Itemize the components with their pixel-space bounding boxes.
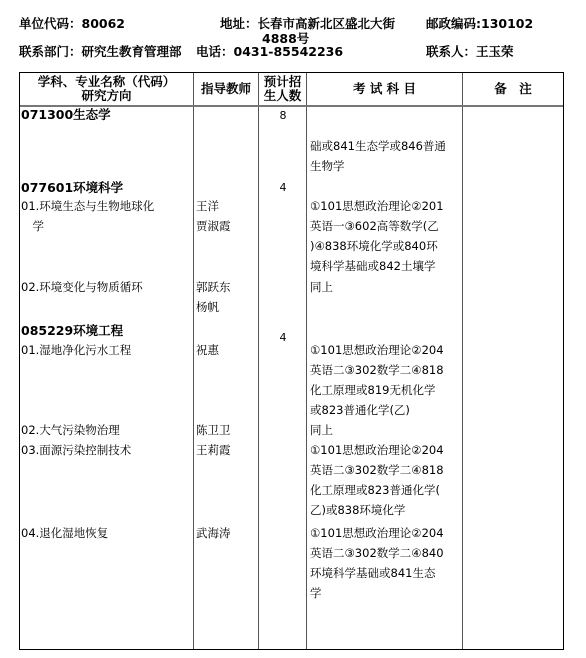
enrollment-count: 4 — [260, 331, 306, 344]
column-header-exam: 考 试 科 目 — [307, 73, 462, 105]
header-text: 考 试 科 目 — [353, 82, 416, 96]
research-direction: 03.面源污染控制技术 — [21, 441, 131, 460]
header-text: 学科、专业名称（代码） — [38, 75, 176, 89]
postal-code: 邮政编码:130102 — [426, 17, 533, 31]
advisor-name: 武海涛 — [196, 524, 231, 543]
major-name: 085229环境工程 — [21, 321, 123, 340]
exam-line: 化工原理或819无机化学 — [310, 381, 435, 400]
column-header-advisor: 指导教师 — [194, 73, 258, 105]
advisor-name: 杨帆 — [196, 298, 219, 317]
research-direction: 学 — [21, 217, 44, 236]
column-header-notes: 备 注 — [463, 73, 563, 105]
column-header-major: 学科、专业名称（代码） 研究方向 — [20, 73, 193, 105]
department: 联系部门：研究生教育管理部 — [19, 45, 182, 59]
research-direction: 04.退化湿地恢复 — [21, 524, 108, 543]
exam-line: 生物学 — [310, 157, 345, 176]
enrollment-count: 4 — [260, 181, 306, 194]
header-text: 预计招 — [264, 75, 302, 89]
advisor-name: 王莉霞 — [196, 441, 231, 460]
exam-line: 化工原理或823普通化学( — [310, 481, 440, 500]
exam-line: 础或841生态学或846普通 — [310, 137, 446, 156]
header-text: 研究方向 — [81, 89, 131, 103]
exam-line: )④838环境化学或840环 — [310, 237, 438, 256]
exam-line: ①101思想政治理论②201 — [310, 197, 444, 216]
exam-line: ①101思想政治理论②204 — [310, 441, 444, 460]
enrollment-count: 8 — [260, 109, 306, 122]
advisor-name: 祝惠 — [196, 341, 219, 360]
advisor-name: 郭跃东 — [196, 278, 231, 297]
header-text: 备 注 — [494, 82, 532, 96]
exam-line: 乙)或838环境化学 — [310, 501, 405, 520]
exam-line: 英语二③302数学二④818 — [310, 461, 444, 480]
contact-person: 联系人：王玉荣 — [426, 45, 514, 59]
research-direction: 02.环境变化与物质循环 — [21, 278, 143, 297]
address: 地址：长春市高新北区盛北大街 — [220, 17, 395, 31]
advisor-name: 陈卫卫 — [196, 421, 231, 440]
research-direction: 01.环境生态与生物地球化 — [21, 197, 154, 216]
advisor-name: 贾淑霞 — [196, 217, 231, 236]
header-text: 生人数 — [264, 89, 302, 103]
exam-line: 境科学基础或842土壤学 — [310, 257, 435, 276]
unit-code: 单位代码：80062 — [19, 17, 125, 31]
column-divider — [193, 73, 194, 649]
major-name: 071300生态学 — [21, 105, 111, 124]
research-direction: 01.湿地净化污水工程 — [21, 341, 131, 360]
exam-line: ①101思想政治理论②204 — [310, 524, 444, 543]
advisor-name: 王洋 — [196, 197, 219, 216]
major-name: 077601环境科学 — [21, 178, 123, 197]
exam-line: 或823普通化学(乙) — [310, 401, 410, 420]
exam-line: 环境科学基础或841生态 — [310, 564, 435, 583]
column-header-enrollment: 预计招 生人数 — [259, 73, 306, 105]
exam-line: 英语一③602高等数学(乙 — [310, 217, 439, 236]
exam-line: 同上 — [310, 421, 333, 440]
exam-line: 英语二③302数学二④840 — [310, 544, 444, 563]
header-text: 指导教师 — [201, 82, 251, 96]
exam-line: 英语二③302数学二④818 — [310, 361, 444, 380]
research-direction: 02.大气污染物治理 — [21, 421, 120, 440]
exam-line: 同上 — [310, 278, 333, 297]
phone: 电话：0431-85542236 — [196, 45, 343, 59]
exam-line: ①101思想政治理论②204 — [310, 341, 444, 360]
column-divider — [258, 73, 259, 649]
column-divider — [462, 73, 463, 649]
exam-line: 学 — [310, 584, 322, 603]
enrollment-table: 学科、专业名称（代码） 研究方向 指导教师 预计招 生人数 考 试 科 目 备 … — [19, 72, 564, 650]
column-divider — [306, 73, 307, 649]
